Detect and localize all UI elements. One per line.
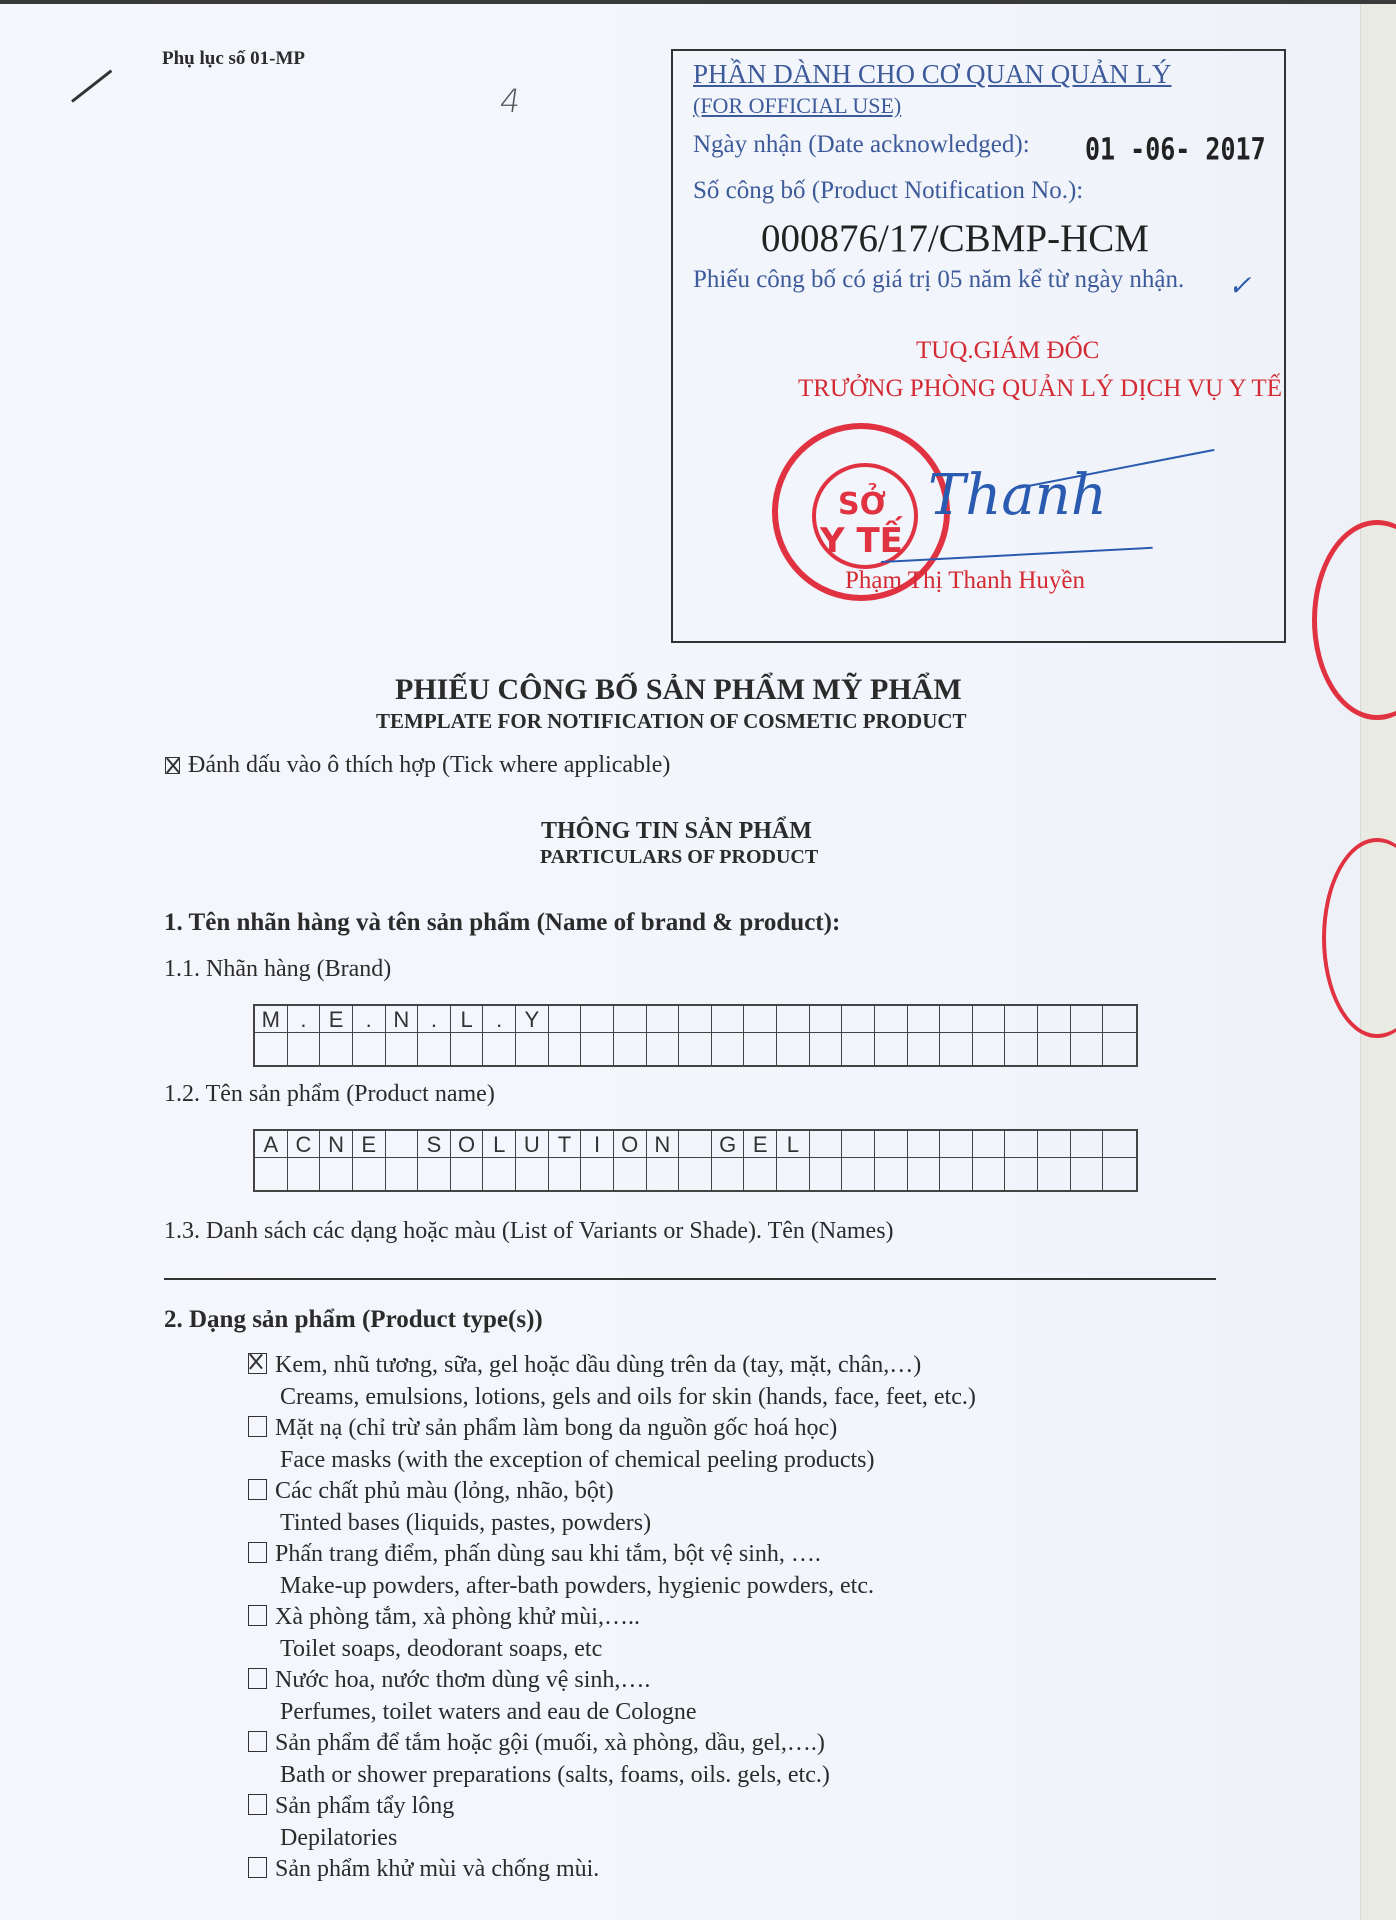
- char-cell[interactable]: [875, 1158, 908, 1190]
- char-cell[interactable]: [549, 1006, 582, 1033]
- char-cell[interactable]: [777, 1006, 810, 1033]
- char-cell[interactable]: [712, 1006, 745, 1033]
- char-cell[interactable]: [777, 1033, 810, 1065]
- char-cell[interactable]: [614, 1033, 647, 1065]
- char-cell[interactable]: [940, 1131, 973, 1158]
- char-cell[interactable]: [908, 1158, 941, 1190]
- char-cell[interactable]: .: [353, 1006, 386, 1033]
- char-cell[interactable]: [581, 1033, 614, 1065]
- char-cell[interactable]: S: [418, 1131, 451, 1158]
- notification-label: Số công bố (Product Notification No.):: [693, 177, 1083, 205]
- tick-instruction: Đánh dấu vào ô thích hợp (Tick where app…: [165, 752, 670, 779]
- char-cell[interactable]: [1071, 1006, 1104, 1033]
- product-type-vi: Xà phòng tắm, xà phòng khử mùi,…..: [275, 1604, 640, 1630]
- char-cell[interactable]: .: [418, 1006, 451, 1033]
- char-cell[interactable]: [810, 1033, 843, 1065]
- checkbox-checked-icon: [165, 757, 180, 774]
- checkbox-icon[interactable]: [248, 1668, 267, 1689]
- product-name-input-grid[interactable]: ACNESOLUTIONGEL: [253, 1129, 1138, 1192]
- char-cell[interactable]: [908, 1006, 941, 1033]
- char-cell[interactable]: [744, 1033, 777, 1065]
- char-cell[interactable]: [1071, 1131, 1104, 1158]
- char-cell[interactable]: [973, 1033, 1006, 1065]
- char-cell[interactable]: [842, 1006, 875, 1033]
- tick-instruction-text: Đánh dấu vào ô thích hợp (Tick where app…: [188, 752, 670, 778]
- char-cell[interactable]: I: [581, 1131, 614, 1158]
- checkbox-icon[interactable]: [248, 1794, 267, 1815]
- signature: Thanh: [928, 463, 1107, 528]
- product-type-item[interactable]: Các chất phủ màu (lỏng, nhão, bột): [248, 1476, 976, 1508]
- char-cell[interactable]: [483, 1033, 516, 1065]
- checkbox-icon[interactable]: [248, 1416, 267, 1437]
- char-cell[interactable]: A: [255, 1131, 288, 1158]
- char-cell[interactable]: M: [255, 1006, 288, 1033]
- product-type-vi: Nước hoa, nước thơm dùng vệ sinh,….: [275, 1667, 650, 1693]
- annex-label: Phụ lục số 01-MP: [162, 48, 305, 70]
- char-cell[interactable]: [810, 1006, 843, 1033]
- product-type-item[interactable]: Sản phẩm để tắm hoặc gội (muối, xà phòng…: [248, 1728, 976, 1760]
- char-cell[interactable]: [679, 1033, 712, 1065]
- signer-name: Phạm Thị Thanh Huyền: [845, 567, 1085, 595]
- char-cell[interactable]: [1103, 1033, 1136, 1065]
- char-cell[interactable]: [875, 1006, 908, 1033]
- char-cell[interactable]: [1038, 1033, 1071, 1065]
- char-cell[interactable]: [418, 1158, 451, 1190]
- checkbox-icon[interactable]: [248, 1731, 267, 1752]
- char-cell[interactable]: [908, 1131, 941, 1158]
- official-title-en: (FOR OFFICIAL USE): [693, 93, 901, 119]
- product-type-en: Face masks (with the exception of chemic…: [248, 1445, 976, 1477]
- char-cell[interactable]: [320, 1158, 353, 1190]
- product-type-item[interactable]: Xà phòng tắm, xà phòng khử mùi,…..: [248, 1602, 976, 1634]
- product-type-en: Bath or shower preparations (salts, foam…: [248, 1760, 976, 1792]
- section-title-en: PARTICULARS OF PRODUCT: [540, 846, 818, 869]
- char-cell[interactable]: [679, 1131, 712, 1158]
- char-cell[interactable]: N: [386, 1006, 419, 1033]
- char-cell[interactable]: [549, 1033, 582, 1065]
- brand-label: 1.1. Nhãn hàng (Brand): [164, 956, 391, 983]
- char-cell[interactable]: [940, 1033, 973, 1065]
- char-cell[interactable]: [940, 1158, 973, 1190]
- char-cell[interactable]: [1103, 1158, 1136, 1190]
- char-cell[interactable]: E: [353, 1131, 386, 1158]
- product-type-en: Tinted bases (liquids, pastes, powders): [248, 1508, 976, 1540]
- char-cell[interactable]: Y: [516, 1006, 549, 1033]
- char-cell[interactable]: [581, 1158, 614, 1190]
- product-type-vi: Sản phẩm để tắm hoặc gội (muối, xà phòng…: [275, 1730, 825, 1756]
- char-cell[interactable]: [386, 1131, 419, 1158]
- date-value: 01 -06- 2017: [1085, 132, 1266, 167]
- char-cell[interactable]: [908, 1033, 941, 1065]
- char-cell[interactable]: [1005, 1033, 1038, 1065]
- char-cell[interactable]: [255, 1158, 288, 1190]
- product-type-item[interactable]: Sản phẩm khử mùi và chống mùi.: [248, 1854, 976, 1886]
- char-cell[interactable]: [973, 1006, 1006, 1033]
- char-cell[interactable]: O: [451, 1131, 484, 1158]
- char-cell[interactable]: [549, 1158, 582, 1190]
- char-cell[interactable]: [647, 1033, 680, 1065]
- char-cell[interactable]: T: [549, 1131, 582, 1158]
- signer-title-2: TRƯỞNG PHÒNG QUẢN LÝ DỊCH VỤ Y TẾ: [798, 375, 1282, 403]
- char-cell[interactable]: [1005, 1131, 1038, 1158]
- char-cell[interactable]: [679, 1006, 712, 1033]
- char-cell[interactable]: N: [647, 1131, 680, 1158]
- initials-icon: ✓: [1228, 269, 1251, 303]
- char-cell[interactable]: [973, 1158, 1006, 1190]
- char-cell[interactable]: [288, 1158, 321, 1190]
- signer-title-1: TUQ.GIÁM ĐỐC: [916, 337, 1099, 365]
- seal-text-2: Y TẾ: [820, 521, 903, 561]
- char-cell[interactable]: [940, 1006, 973, 1033]
- official-title-vi: PHẦN DÀNH CHO CƠ QUAN QUẢN LÝ: [693, 59, 1172, 90]
- char-cell[interactable]: [581, 1006, 614, 1033]
- product-type-vi: Sản phẩm khử mùi và chống mùi.: [275, 1856, 599, 1882]
- char-cell[interactable]: [386, 1033, 419, 1065]
- char-cell[interactable]: [1038, 1131, 1071, 1158]
- checkbox-checked-icon[interactable]: [248, 1353, 267, 1374]
- char-cell[interactable]: [777, 1158, 810, 1190]
- char-cell[interactable]: [810, 1131, 843, 1158]
- char-cell[interactable]: [744, 1006, 777, 1033]
- char-cell[interactable]: G: [712, 1131, 745, 1158]
- char-cell[interactable]: [255, 1033, 288, 1065]
- product-type-en: Creams, emulsions, lotions, gels and oil…: [248, 1382, 976, 1414]
- product-name-label: 1.2. Tên sản phẩm (Product name): [164, 1081, 495, 1108]
- char-cell[interactable]: [842, 1158, 875, 1190]
- char-cell[interactable]: [875, 1131, 908, 1158]
- product-type-vi: Kem, nhũ tương, sữa, gel hoặc dầu dùng t…: [275, 1352, 921, 1378]
- official-use-box: PHẦN DÀNH CHO CƠ QUAN QUẢN LÝ (FOR OFFIC…: [671, 49, 1286, 643]
- product-type-item[interactable]: Nước hoa, nước thơm dùng vệ sinh,….: [248, 1665, 976, 1697]
- char-cell[interactable]: .: [483, 1006, 516, 1033]
- char-cell[interactable]: [842, 1131, 875, 1158]
- char-cell[interactable]: [418, 1033, 451, 1065]
- product-type-en: Depilatories: [248, 1823, 976, 1855]
- char-cell[interactable]: [1071, 1033, 1104, 1065]
- checkbox-icon[interactable]: [248, 1479, 267, 1500]
- char-cell[interactable]: [516, 1158, 549, 1190]
- char-cell[interactable]: [842, 1033, 875, 1065]
- char-cell[interactable]: [614, 1006, 647, 1033]
- form-title-en: TEMPLATE FOR NOTIFICATION OF COSMETIC PR…: [376, 709, 967, 734]
- char-cell[interactable]: [875, 1033, 908, 1065]
- product-type-item[interactable]: Sản phẩm tẩy lông: [248, 1791, 976, 1823]
- char-cell[interactable]: .: [288, 1006, 321, 1033]
- char-cell[interactable]: [320, 1033, 353, 1065]
- product-type-item[interactable]: Phấn trang điểm, phấn dùng sau khi tắm, …: [248, 1539, 976, 1571]
- char-cell[interactable]: N: [320, 1131, 353, 1158]
- char-cell[interactable]: [712, 1158, 745, 1190]
- product-type-vi: Phấn trang điểm, phấn dùng sau khi tắm, …: [275, 1541, 821, 1567]
- char-cell[interactable]: [810, 1158, 843, 1190]
- char-cell[interactable]: [1103, 1131, 1136, 1158]
- char-cell[interactable]: [353, 1033, 386, 1065]
- char-cell[interactable]: [483, 1158, 516, 1190]
- char-cell[interactable]: E: [744, 1131, 777, 1158]
- char-cell[interactable]: [679, 1158, 712, 1190]
- product-type-en: Perfumes, toilet waters and eau de Colog…: [248, 1697, 976, 1729]
- checkbox-icon[interactable]: [248, 1857, 267, 1878]
- char-cell[interactable]: [1005, 1158, 1038, 1190]
- char-cell[interactable]: O: [614, 1131, 647, 1158]
- char-cell[interactable]: L: [483, 1131, 516, 1158]
- product-type-list: Kem, nhũ tương, sữa, gel hoặc dầu dùng t…: [248, 1350, 976, 1886]
- date-label: Ngày nhận (Date acknowledged):: [693, 131, 1030, 159]
- char-cell[interactable]: U: [516, 1131, 549, 1158]
- char-cell[interactable]: [451, 1158, 484, 1190]
- notification-number: 000876/17/CBMP-HCM: [761, 216, 1149, 261]
- char-cell[interactable]: [353, 1158, 386, 1190]
- brand-input-grid[interactable]: M.E.N.L.Y: [253, 1004, 1138, 1067]
- product-type-item[interactable]: Kem, nhũ tương, sữa, gel hoặc dầu dùng t…: [248, 1350, 976, 1382]
- product-type-en: Toilet soaps, deodorant soaps, etc: [248, 1634, 976, 1666]
- variants-line: [164, 1278, 1216, 1280]
- char-cell[interactable]: [1103, 1006, 1136, 1033]
- checkbox-icon[interactable]: [248, 1542, 267, 1563]
- char-cell[interactable]: C: [288, 1131, 321, 1158]
- char-cell[interactable]: [386, 1158, 419, 1190]
- char-cell[interactable]: [1005, 1006, 1038, 1033]
- product-type-en: Make-up powders, after-bath powders, hyg…: [248, 1571, 976, 1603]
- section-title-vi: THÔNG TIN SẢN PHẨM: [541, 818, 812, 845]
- char-cell[interactable]: L: [777, 1131, 810, 1158]
- char-cell[interactable]: [647, 1006, 680, 1033]
- char-cell[interactable]: [1038, 1158, 1071, 1190]
- product-type-item[interactable]: Mặt nạ (chỉ trừ sản phẩm làm bong da ngu…: [248, 1413, 976, 1445]
- char-cell[interactable]: [712, 1033, 745, 1065]
- char-cell[interactable]: [1038, 1006, 1071, 1033]
- char-cell[interactable]: [973, 1131, 1006, 1158]
- product-type-vi: Sản phẩm tẩy lông: [275, 1793, 454, 1819]
- char-cell[interactable]: E: [320, 1006, 353, 1033]
- section1-heading: 1. Tên nhãn hàng và tên sản phẩm (Name o…: [164, 909, 840, 937]
- char-cell[interactable]: [288, 1033, 321, 1065]
- section2-heading: 2. Dạng sản phẩm (Product type(s)): [164, 1306, 543, 1334]
- char-cell[interactable]: [744, 1158, 777, 1190]
- char-cell[interactable]: [451, 1033, 484, 1065]
- char-cell[interactable]: [516, 1033, 549, 1065]
- scan-border: [0, 0, 1396, 4]
- product-type-vi: Các chất phủ màu (lỏng, nhão, bột): [275, 1478, 614, 1504]
- char-cell[interactable]: [614, 1158, 647, 1190]
- seal-text-1: SỞ: [838, 487, 886, 522]
- char-cell[interactable]: [1071, 1158, 1104, 1190]
- product-type-vi: Mặt nạ (chỉ trừ sản phẩm làm bong da ngu…: [275, 1415, 837, 1441]
- variants-label: 1.3. Danh sách các dạng hoặc màu (List o…: [164, 1218, 894, 1245]
- form-title-vi: PHIẾU CÔNG BỐ SẢN PHẨM MỸ PHẨM: [395, 673, 962, 707]
- validity-note: Phiếu công bố có giá trị 05 năm kể từ ng…: [693, 266, 1184, 294]
- char-cell[interactable]: L: [451, 1006, 484, 1033]
- checkbox-icon[interactable]: [248, 1605, 267, 1626]
- char-cell[interactable]: [647, 1158, 680, 1190]
